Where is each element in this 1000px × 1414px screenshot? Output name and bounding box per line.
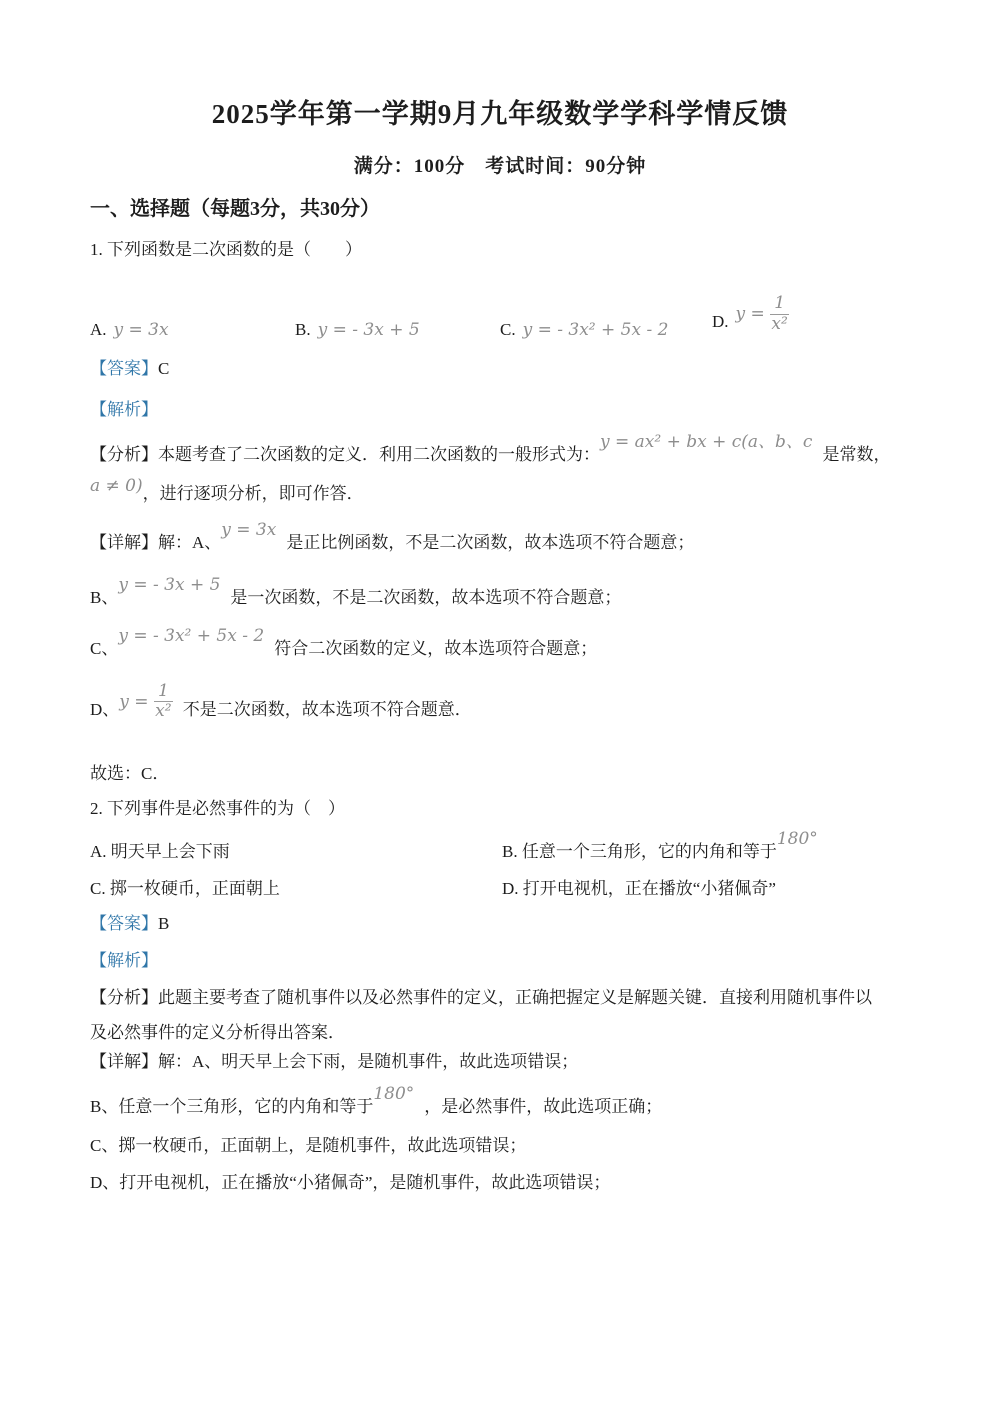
q1-detail-d-formula: y = 1 x² [119, 683, 173, 722]
q2-answer-line: 【答案】B [90, 913, 910, 936]
q2-detail-b-sup: 180° [373, 1083, 414, 1106]
exam-title: 2025学年第一学期9月九年级数学学科学情反馈 [90, 96, 910, 132]
q1-option-a: A. y = 3x [90, 319, 295, 342]
q2-option-d: D. 打开电视机，正在播放“小猪佩奇” [502, 878, 910, 901]
q2-detail-b: B、任意一个三角形，它的内角和等于180°，是必然事件，故此选项正确； [90, 1096, 910, 1119]
q1-detail-d: D、y = 1 x² 不是二次函数，故本选项不符合题意． [90, 691, 910, 730]
q1-answer-line: 【答案】C [90, 358, 910, 381]
exam-document: 2025学年第一学期9月九年级数学学科学情反馈 满分：100分 考试时间：90分… [0, 0, 1000, 1195]
q1-option-a-formula: y = 3x [114, 319, 169, 342]
q1-detail-a: 【详解】解：A、y = 3x是正比例函数，不是二次函数，故本选项不符合题意； [90, 532, 910, 555]
question-2-stem: 2. 下列事件是必然事件的为（ ） [90, 798, 910, 821]
q1-detail-c-formula: y = - 3x² + 5x - 2 [118, 625, 264, 648]
q2-option-b: B. 任意一个三角形，它的内角和等于180° [502, 841, 910, 864]
question-2-options-row2: C. 掷一枚硬币，正面朝上 D. 打开电视机，正在播放“小猪佩奇” [90, 878, 910, 901]
q2-option-b-sup: 180° [777, 828, 818, 851]
q1-option-d: D. y = 1 x² [712, 303, 910, 342]
q1-option-d-label: D. [712, 311, 729, 334]
fraction: 1 x² [154, 683, 173, 722]
q1-option-b: B. y = - 3x + 5 [295, 319, 500, 342]
q1-answer-value: C [158, 359, 169, 378]
q2-detail-d: D、打开电视机，正在播放“小猪佩奇”，是随机事件，故此选项错误； [90, 1172, 910, 1195]
question-1-options: A. y = 3x B. y = - 3x + 5 C. y = - 3x² +… [90, 290, 910, 342]
q2-option-c: C. 掷一枚硬币，正面朝上 [90, 878, 502, 901]
q1-detail-b-formula: y = - 3x + 5 [118, 574, 220, 597]
q1-option-d-formula: y = 1 x² [736, 295, 790, 334]
q2-option-a: A. 明天早上会下雨 [90, 841, 502, 864]
q2-fenxi-line2: 及必然事件的定义分析得出答案． [90, 1022, 910, 1045]
section-heading: 一、选择题（每题3分，共30分） [90, 196, 910, 223]
q1-detail-c: C、y = - 3x² + 5x - 2符合二次函数的定义，故本选项符合题意； [90, 638, 910, 661]
q1-conclusion: 故选：C． [90, 763, 910, 786]
q2-jiexi-label: 【解析】 [90, 950, 910, 973]
question-2-options-row1: A. 明天早上会下雨 B. 任意一个三角形，它的内角和等于180° [90, 841, 910, 864]
q1-option-a-label: A. [90, 319, 107, 342]
q1-fenxi2-formula: a ≠ 0) [90, 475, 143, 498]
q2-detail-a: 【详解】解：A、明天早上会下雨，是随机事件，故此选项错误； [90, 1051, 910, 1074]
q1-option-b-label: B. [295, 319, 311, 342]
exam-meta: 满分：100分 考试时间：90分钟 [90, 154, 910, 180]
q2-answer-value: B [158, 914, 169, 933]
answer-label: 【答案】 [90, 359, 158, 378]
q1-option-c: C. y = - 3x² + 5x - 2 [500, 319, 712, 342]
q1-detail-a-formula: y = 3x [221, 519, 276, 542]
q1-jiexi-label: 【解析】 [90, 399, 910, 422]
fraction: 1 x² [770, 295, 789, 334]
answer-label: 【答案】 [90, 914, 158, 933]
q1-option-c-formula: y = - 3x² + 5x - 2 [523, 319, 669, 342]
q1-detail-b: B、y = - 3x + 5是一次函数，不是二次函数，故本选项不符合题意； [90, 587, 910, 610]
question-1-stem: 1. 下列函数是二次函数的是（ ） [90, 239, 910, 262]
q1-fenxi-line1: 【分析】本题考查了二次函数的定义．利用二次函数的一般形式为：y = ax² + … [90, 444, 910, 467]
q1-option-b-formula: y = - 3x + 5 [318, 319, 420, 342]
q1-fenxi-formula: y = ax² + bx + c(a、b、c [600, 431, 812, 454]
q1-option-c-label: C. [500, 319, 516, 342]
q2-detail-c: C、掷一枚硬币，正面朝上，是随机事件，故此选项错误； [90, 1135, 910, 1158]
q2-fenxi-line1: 【分析】此题主要考查了随机事件以及必然事件的定义，正确把握定义是解题关键．直接利… [90, 987, 910, 1010]
q1-fenxi-line2: a ≠ 0)，进行逐项分析，即可作答． [90, 483, 910, 506]
